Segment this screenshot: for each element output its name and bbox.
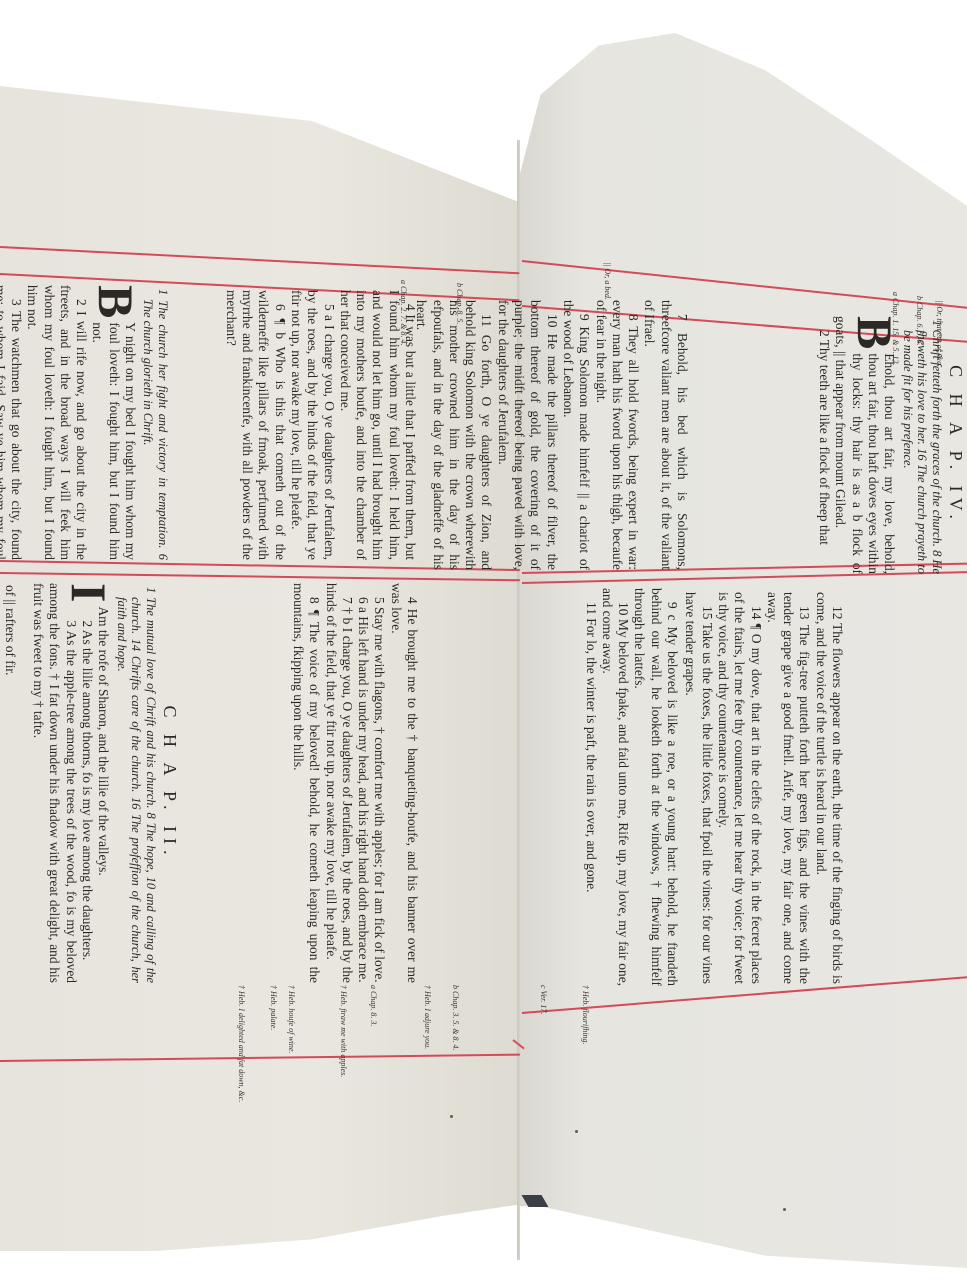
- verse: 11 Go forth, O ye daughters of Zion, and…: [413, 300, 494, 570]
- margin-note: c Ver. 17.: [539, 985, 548, 1014]
- paper-speck: [450, 1115, 453, 1118]
- verse: 9 King Solomon made himfelf || a chariot…: [560, 300, 593, 570]
- verse: 15 Take us the foxes, the little foxes, …: [682, 592, 715, 984]
- chap2-column-b: 4 He brought me to the † banqueting-houf…: [290, 583, 420, 983]
- margin-note: † Heb. I delighted and fat down, &c.: [237, 985, 246, 1102]
- chap3-column-c: 7 Behold, his bed which is Solomons, thr…: [413, 300, 690, 570]
- verse: Y night on my bed I fought him whom my f…: [90, 322, 138, 560]
- verse: 5 Stay me with flagons, † comfort me wit…: [371, 583, 387, 983]
- verse: 5 a I charge you, O ye daughters of Jeru…: [288, 290, 337, 560]
- verse: 6 ¶ b Who is this that cometh out of the…: [222, 290, 287, 560]
- chap3-drop-cap: B: [96, 285, 136, 318]
- verse: 14 ¶ O my dove, that art in the clefts o…: [715, 592, 764, 984]
- verse: 2 As the lilie among thorns, fo is my lo…: [79, 583, 95, 983]
- verse: 11 For lo, the winter is paft, the rain …: [582, 588, 598, 986]
- verse: 4 He brought me to the † banqueting-houf…: [387, 583, 420, 983]
- verse: 10 My beloved fpake, and faid unto me, R…: [599, 588, 632, 986]
- verse: 8 They all hold fwords, being expert in …: [592, 300, 641, 570]
- margin-note: † Heb. palate.: [269, 985, 278, 1030]
- chap2-column-c: 9 c My beloved is like a roe, or a young…: [582, 588, 680, 986]
- chap3-column-a: 1 The church her fight and victory in te…: [0, 285, 170, 560]
- margin-note: † Heb. I adjure you.: [423, 985, 432, 1049]
- verse: 3 As the apple-tree among the trees of t…: [30, 583, 79, 983]
- margin-note: || Or, a bed.: [603, 262, 612, 300]
- margin-note: † Heb. flourifhing.: [581, 985, 590, 1045]
- chap2-heading: C H A P. II.: [162, 583, 178, 983]
- verse: 7 Behold, his bed which is Solomons, thr…: [641, 300, 690, 570]
- chap2-drop-cap: I: [69, 583, 109, 602]
- verse: Am the rofe of Sharon, and the lilie of …: [96, 606, 111, 875]
- margin-note: a Chap. 2. 7. & 8. 4.: [399, 280, 408, 346]
- chap2-summary: 1 The mutual love of Chrift and his chur…: [114, 583, 158, 983]
- margin-note: † Heb. houfe of wine.: [287, 985, 296, 1053]
- verse: 10 He made the pillars thereof of filver…: [494, 300, 559, 570]
- margin-note: || Or, that eat of, &c.: [935, 300, 944, 367]
- verse: 9 c My beloved is like a roe, or a young…: [631, 588, 680, 986]
- verse: Ehold, thou art fair, my love, behold, t…: [833, 316, 897, 574]
- margin-note: b Chap. 8. 5.: [455, 283, 464, 324]
- chap1-end-fragment: of || rafters of fir.: [2, 585, 18, 885]
- verse: 2 I will rife now, and go about the city…: [24, 285, 89, 560]
- chap4-heading: C H A P. IV.: [948, 316, 964, 574]
- verse: 6 a His left hand is under my head, and …: [355, 583, 371, 983]
- verse: 12 The flowers appear on the earth, the …: [812, 592, 845, 984]
- verse: 8 ¶ The voice of my beloved! behold, he …: [290, 583, 323, 983]
- verse: 7 † b I charge you, O ye daughters of Je…: [322, 583, 355, 983]
- verse: 13 The fig-tree putteth forth her green …: [764, 592, 813, 984]
- chap3-column-b: 4 It was but a little that I paffed from…: [222, 290, 418, 560]
- paper-speck: [783, 1208, 786, 1211]
- margin-note: a Chap. 1. 15. & 5. 12.: [891, 292, 900, 366]
- chap2-column-a: C H A P. II. 1 The mutual love of Chrift…: [30, 583, 180, 983]
- chap3-summary: 1 The church her fight and victory in te…: [141, 285, 170, 560]
- margin-note: b Chap. 6. 5, 6.: [915, 296, 924, 345]
- paper-speck: [575, 1130, 578, 1133]
- chap2-column-d: 12 The flowers appear on the earth, the …: [682, 592, 845, 984]
- chap4-drop-cap: B: [855, 316, 895, 349]
- verse: 3 The watchmen that go about the city, f…: [0, 285, 24, 560]
- margin-note: † Heb. ftraw me with apples.: [339, 985, 348, 1077]
- margin-note: b Chap. 3. 5. & 8. 4.: [451, 985, 460, 1051]
- verse: 2 Thy teeth are like a flock of fheep th…: [816, 316, 832, 574]
- fragment-text: of || rafters of fir.: [2, 585, 18, 885]
- margin-note: a Chap. 8. 3.: [369, 985, 378, 1026]
